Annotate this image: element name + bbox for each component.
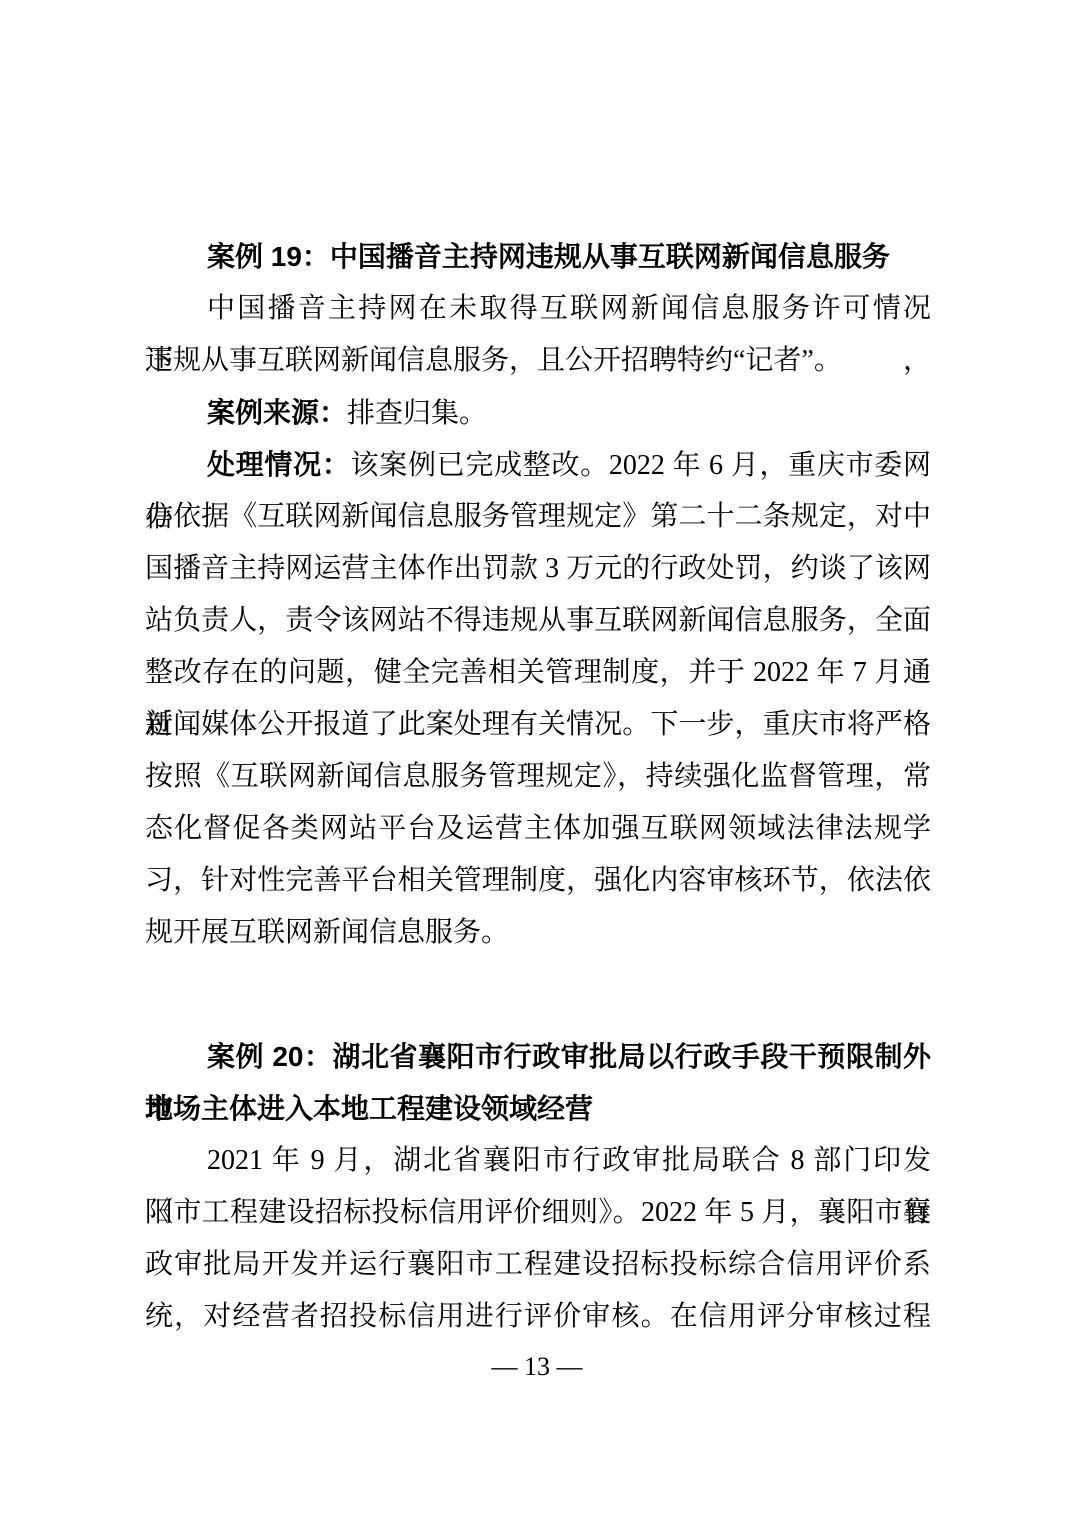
text-line: 违规从事互联网新闻信息服务，且公开招聘特约“记者”。 [145,335,931,387]
case19-source-label: 案例来源： [207,397,347,428]
case19-handling-rest-lines: 办依据《互联网新闻信息服务管理规定》第二十二条规定，对中国播音主持网运营主体作出… [145,491,931,959]
case19-intro-first-line: 中国播音主持网在未取得互联网新闻信息服务许可情况下， [145,283,931,335]
case20-body-rest-lines: 阳市工程建设招标投标信用评价细则》。2022 年 5 月，襄阳市行政审批局开发并… [145,1187,931,1343]
case20-title-first-line: 案例 20：湖北省襄阳市行政审批局以行政手段干预限制外地 [145,1031,931,1083]
text-line: 政审批局开发并运行襄阳市工程建设招标投标综合信用评价系 [145,1239,931,1291]
text-line: 国播音主持网运营主体作出罚款 3 万元的行政处罚，约谈了该网 [145,543,931,595]
case19-intro-rest-lines: 违规从事互联网新闻信息服务，且公开招聘特约“记者”。 [145,335,931,387]
case19-section: 案例 19：中国播音主持网违规从事互联网新闻信息服务 中国播音主持网在未取得互联… [145,231,931,959]
text-line: 新闻媒体公开报道了此案处理有关情况。下一步，重庆市将严格 [145,699,931,751]
case20-section: 案例 20：湖北省襄阳市行政审批局以行政手段干预限制外地 市场主体进入本地工程建… [145,1031,931,1343]
text-line: 整改存在的问题，健全完善相关管理制度，并于 2022 年 7 月通过 [145,647,931,699]
case19-handling-paragraph: 处理情况：该案例已完成整改。2022 年 6 月，重庆市委网信 办依据《互联网新… [145,439,931,959]
text-line: 市场主体进入本地工程建设领域经营 [145,1083,931,1135]
case19-intro-paragraph: 中国播音主持网在未取得互联网新闻信息服务许可情况下， 违规从事互联网新闻信息服务… [145,283,931,387]
case19-handling-label: 处理情况： [207,449,351,480]
text-line: 按照《互联网新闻信息服务管理规定》，持续强化监督管理，常 [145,751,931,803]
case19-handling-first-line: 处理情况：该案例已完成整改。2022 年 6 月，重庆市委网信 [145,439,931,491]
document-page: 案例 19：中国播音主持网违规从事互联网新闻信息服务 中国播音主持网在未取得互联… [0,0,1074,1520]
case19-source-text: 排查归集。 [347,398,487,429]
text-line: 习，针对性完善平台相关管理制度，强化内容审核环节，依法依 [145,855,931,907]
document-content: 案例 19：中国播音主持网违规从事互联网新闻信息服务 中国播音主持网在未取得互联… [145,231,931,1343]
page-footer: — 13 — [0,1350,1074,1384]
text-line: 站负责人，责令该网站不得违规从事互联网新闻信息服务，全面 [145,595,931,647]
text-line: 办依据《互联网新闻信息服务管理规定》第二十二条规定，对中 [145,491,931,543]
case20-title-rest-lines: 市场主体进入本地工程建设领域经营 [145,1083,931,1135]
page-number: — 13 — [492,1352,583,1381]
case20-body-paragraph: 2021 年 9 月，湖北省襄阳市行政审批局联合 8 部门印发《襄 阳市工程建设… [145,1135,931,1343]
text-line: 态化督促各类网站平台及运营主体加强互联网领域法律法规学 [145,803,931,855]
text-line: 规开展互联网新闻信息服务。 [145,907,931,959]
case19-title: 案例 19：中国播音主持网违规从事互联网新闻信息服务 [145,231,931,283]
text-line: 统，对经营者招投标信用进行评价审核。在信用评分审核过程 [145,1291,931,1343]
case19-source-line: 案例来源：排查归集。 [145,387,931,439]
case20-title-paragraph: 案例 20：湖北省襄阳市行政审批局以行政手段干预限制外地 市场主体进入本地工程建… [145,1031,931,1135]
text-line: 阳市工程建设招标投标信用评价细则》。2022 年 5 月，襄阳市行 [145,1187,931,1239]
case20-body-first-line: 2021 年 9 月，湖北省襄阳市行政审批局联合 8 部门印发《襄 [145,1135,931,1187]
